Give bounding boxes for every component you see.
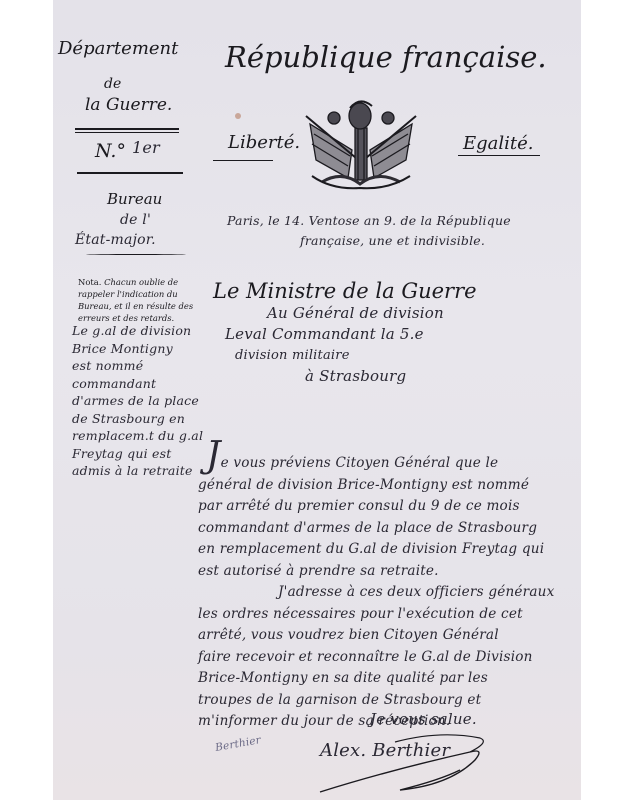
minister-heading: Le Ministre de la Guerre — [213, 279, 477, 303]
signature: Alex. Berthier — [320, 740, 450, 761]
bureau-value: État-major. — [75, 232, 156, 248]
recipient-block: Au Général de division Leval Commandant … — [255, 303, 454, 387]
margin-line: remplacem.t du g.al — [72, 427, 222, 445]
recipient-line: Leval Commandant la 5.e — [225, 324, 424, 345]
nota-label: Nota. — [78, 277, 101, 287]
letter-body: Je vous préviens Citoyen Général que le … — [198, 445, 588, 733]
paper-stain — [235, 113, 241, 119]
recipient-line: à Strasbourg — [305, 366, 504, 387]
republican-emblem-icon — [302, 98, 420, 194]
motto-liberte: Liberté. — [228, 132, 300, 153]
dateline-1: Paris, le 14. Ventose an 9. de la Républ… — [227, 213, 511, 228]
margin-line: de Strasbourg en — [72, 410, 222, 428]
body-line: les ordres nécessaires pour l'exécution … — [198, 604, 588, 626]
divider — [86, 254, 186, 255]
recipient-line: Au Général de division — [267, 303, 466, 324]
motto-egalite: Egalité. — [463, 133, 534, 154]
margin-line: d'armes de la place — [72, 392, 222, 410]
number-label: N.° — [95, 140, 126, 162]
recipient-line: division militaire — [235, 345, 434, 366]
body-line: par arrêté du premier consul du 9 de ce … — [198, 496, 588, 518]
bureau-de: de l' — [120, 212, 151, 228]
body-line: arrêté, vous voudrez bien Citoyen Généra… — [198, 625, 588, 647]
body-line: en remplacement du G.al de division Frey… — [198, 539, 588, 561]
divider — [458, 155, 540, 156]
margin-line: Brice Montigny — [72, 340, 222, 358]
divider — [213, 160, 273, 161]
department-de: de — [104, 76, 121, 92]
margin-line: Le g.al de division — [72, 322, 222, 340]
margin-line: est nommé commandant — [72, 357, 222, 392]
divider — [75, 132, 179, 133]
body-line: Brice-Montigny en sa dite qualité par le… — [198, 668, 588, 690]
body-line: général de division Brice-Montigny est n… — [198, 475, 588, 497]
body-line: faire recevoir et reconnaître le G.al de… — [198, 647, 588, 669]
body-line: est autorisé à prendre sa retraite. — [198, 561, 588, 583]
divider — [75, 128, 179, 130]
department-label: Département — [58, 38, 178, 59]
divider — [77, 172, 183, 174]
body-line: J'adresse à ces deux officiers généraux — [198, 582, 588, 604]
department-guerre: la Guerre. — [85, 95, 172, 115]
nota-note: Nota. Chacun oublie de rappeler l'indica… — [78, 276, 208, 324]
number-value: 1er — [132, 138, 160, 157]
dateline-2: française, une et indivisible. — [300, 233, 485, 248]
republic-title: République française. — [225, 40, 547, 74]
salutation: Je vous salue. — [370, 710, 477, 728]
bureau-label: Bureau — [107, 190, 162, 208]
body-line: Je vous préviens Citoyen Général que le — [198, 445, 588, 475]
body-line: commandant d'armes de la place de Strasb… — [198, 518, 588, 540]
body-line: troupes de la garnison de Strasbourg et — [198, 690, 588, 712]
